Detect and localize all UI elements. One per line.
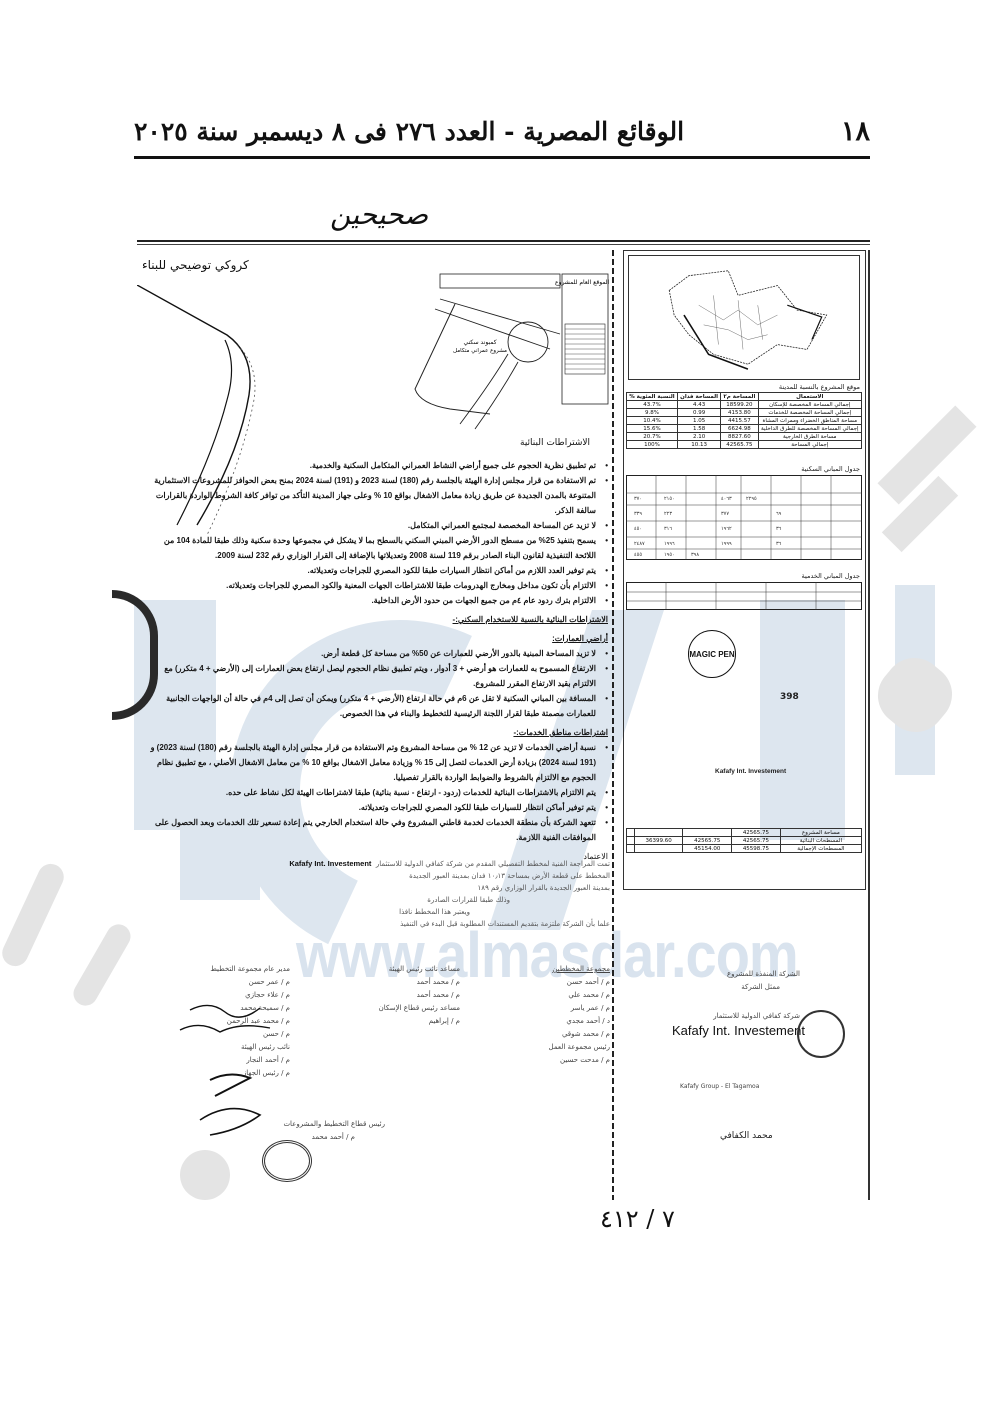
svg-text:٢٤٨٧: ٢٤٨٧ — [634, 541, 645, 547]
svg-text:١٩٩٩: ١٩٩٩ — [721, 541, 732, 547]
approval-line-2: المخطط على قطعة الأرض بمساحة ١٠٫١٣ فدان … — [150, 870, 610, 882]
svg-text:٣٩٨: ٣٩٨ — [691, 552, 699, 558]
housing-table-title: جدول المباني السكنية — [628, 465, 860, 473]
table-row: مساحة المشروع42565.75 — [627, 829, 862, 837]
signatory-name: رئيس مجموعة العمل — [490, 1041, 610, 1054]
table-row: إجمالي المساحة42565.7510.13100% — [627, 441, 862, 449]
svg-text:٤٥٠: ٤٥٠ — [634, 526, 642, 532]
table-row: المسطحات الإجمالية45598.7545154.00 — [627, 845, 862, 853]
approval-line-3: بمدينة العبور الجديدة بالقرار الوزاري رق… — [150, 882, 610, 894]
regulation-item: المسافة بين المباني السكنية لا تقل عن 6م… — [150, 691, 608, 721]
buildings-regulations-list: لا تزيد المساحة المبنية بالدور الأرضي لل… — [150, 646, 608, 721]
svg-text:٤٥٥: ٤٥٥ — [634, 552, 642, 558]
location-map-caption: موقع المشروع بالنسبة للمدينة — [628, 383, 860, 391]
regulation-item: يتم توفير العدد اللازم من أماكن انتظار ا… — [150, 563, 608, 578]
svg-text:٢٢٣: ٢٢٣ — [664, 511, 672, 517]
developer-name: Kafafy Int. Investement — [289, 859, 371, 868]
company-line-1: الشركة المنفذة للمشروع — [680, 968, 800, 981]
approval-line-5: ويعتبر هذا المخطط نافذا — [150, 906, 610, 918]
company-seal — [797, 1010, 845, 1058]
buildings-heading: أراضي العمارات: — [150, 631, 608, 646]
table-header: الاستعمال — [758, 393, 862, 401]
assistant-heading: مساعد نائب رئيس الهيئة — [330, 963, 460, 976]
sheet-top-border — [137, 240, 870, 245]
services-table-title: جدول المباني الخدمية — [628, 572, 860, 580]
gazette-title: الوقائع المصرية - العدد ٢٧٦ فى ٨ ديسمبر … — [134, 117, 684, 146]
table-row: إجمالي المساحة المخصصة للطرق الداخلية662… — [627, 425, 862, 433]
services-heading: اشتراطات مناطق الخدمات:- — [150, 725, 608, 740]
signatory-name: م / إبراهيم — [330, 1015, 460, 1028]
services-buildings-table — [626, 582, 862, 610]
header-rule — [134, 156, 870, 159]
svg-text:۳۳٩: ۳۳٩ — [634, 511, 642, 517]
signatory-name: م / محمد أحمد — [330, 989, 460, 1002]
site-map-project-name: مشروع عمراني متكامل — [453, 347, 507, 354]
magic-pen-stamp: MAGIC PEN — [688, 630, 736, 678]
signatory-name: مساعد رئيس قطاع الإسكان — [330, 1002, 460, 1015]
page-number: ١٨ — [841, 116, 870, 147]
signatory-name: د / أحمد مجدي — [490, 1015, 610, 1028]
regulation-item: لا تزيد عن المساحة المخصصة لمجتمع العمرا… — [150, 518, 608, 533]
svg-text:٢٢٩٥: ٢٢٩٥ — [746, 496, 757, 502]
left-panel-caption: كروكي توضيحي للبناء — [142, 258, 249, 272]
approval-line-1: تمت المراجعة الفنية لمخطط التفصيلي المقد… — [376, 860, 610, 868]
location-map — [628, 255, 860, 380]
regulation-item: الالتزام بأن تكون مداخل ومخارج الهدرومات… — [150, 578, 608, 593]
services-regulations-list: نسبة أراضي الخدمات لا تزيد عن 12 % من مس… — [150, 740, 608, 845]
site-map-project-label: كمبوند سكني — [463, 339, 496, 346]
svg-text:٣٦: ٣٦ — [776, 541, 782, 547]
regulation-item: تم الاستفادة من قرار مجلس إدارة الهيئة ب… — [150, 473, 608, 518]
regulation-item: نسبة أراضي الخدمات لا تزيد عن 12 % من مس… — [150, 740, 608, 785]
site-plan-map: كروكي الموقع العام للمشروع كمبوند سكني م… — [400, 264, 610, 434]
general-regulations-list: تم تطبيق نظرية الحجوم على جميع أراضي الن… — [150, 458, 608, 608]
signatures-assistant: مساعد نائب رئيس الهيئة م / محمد أحمدم / … — [330, 963, 460, 1028]
regulation-item: تتعهد الشركة بأن منطقة الخدمات لخدمة قاط… — [150, 815, 608, 845]
svg-text:١٩٩٦: ١٩٩٦ — [664, 541, 675, 547]
signatory-name: م / أحمد حسن — [490, 976, 610, 989]
svg-text:٣٦: ٣٦ — [776, 526, 782, 532]
total-units: 398 — [780, 692, 799, 702]
approval-line-6: علما بأن الشركة ملتزمة بتقديم المستندات … — [150, 918, 610, 930]
signatory-name: م / عمر حسن — [180, 976, 290, 989]
building-regulations-text: تم تطبيق نظرية الحجوم على جميع أراضي الن… — [150, 458, 608, 864]
table-row: إجمالي المساحة المخصصة للإسكان18599.204.… — [627, 401, 862, 409]
table-row: إجمالي المساحة المخصصة للخدمات4153.800.9… — [627, 409, 862, 417]
regulation-item: تم تطبيق نظرية الحجوم على جميع أراضي الن… — [150, 458, 608, 473]
signatory-name: م / مدحت حسين — [490, 1054, 610, 1067]
svg-text:۳۷٠: ۳۷٠ — [634, 496, 642, 502]
regulation-item: لا تزيد المساحة المبنية بالدور الأرضي لل… — [150, 646, 608, 661]
signatory-name: م / محمد شوقي — [490, 1028, 610, 1041]
svg-text:٤٠٦٣: ٤٠٦٣ — [721, 496, 732, 502]
signatory-name: م / محمد علي — [490, 989, 610, 1002]
table-row: المسطحات البنائية42565.7542565.7536399.6… — [627, 837, 862, 845]
company-line-3: شركة كفافي الدولية للاستثمار — [680, 1010, 800, 1023]
company-signatory: محمد الكفافي — [720, 1130, 773, 1143]
signature-sector-head: رئيس قطاع التخطيط والمشروعات م / أحمد مح… — [255, 1118, 385, 1144]
company-address: Kafafy Group - El Tagamoa — [680, 1080, 759, 1093]
table-header: المساحة فدان — [677, 393, 720, 401]
sheet-divider-right — [868, 250, 870, 1200]
developer-line: Kafafy Int. Investement — [715, 768, 786, 775]
regulation-item: يتم توفير أماكن انتظار للسيارات طبقا للك… — [150, 800, 608, 815]
company-block: الشركة المنفذة للمشروع ممثل الشركة شركة … — [680, 968, 800, 1023]
approval-text: تمت المراجعة الفنية لمخطط التفصيلي المقد… — [150, 858, 610, 930]
sheet-divider-left — [612, 250, 614, 1200]
svg-text:٦٩: ٦٩ — [776, 511, 782, 517]
table-header: النسبة المئوية % — [627, 393, 678, 401]
svg-text:٣٧٧: ٣٧٧ — [721, 511, 729, 517]
signatory-name: م / محمد أحمد — [330, 976, 460, 989]
table-header: المساحة م٢ — [721, 393, 758, 401]
housing-buildings-table: ۳۷٠۲۱٥٠٤٠٦٣٢٢٩٥ ۳۳٩٢٢٣٣٧٧٦٩ ٤٥٠٣١٦١٩٦٢٣٦… — [626, 475, 862, 560]
company-line-2: ممثل الشركة — [680, 981, 800, 994]
company-name-en: Kafafy Int. Investement — [672, 1023, 805, 1038]
site-map-title: كروكي الموقع العام للمشروع — [555, 279, 610, 286]
approval-line-4: وذلك طبقا للقرارات الصادرة — [150, 894, 610, 906]
svg-text:١٩٥٠: ١٩٥٠ — [664, 552, 675, 558]
svg-text:٣١٦: ٣١٦ — [664, 526, 672, 532]
page-header: ١٨ الوقائع المصرية - العدد ٢٧٦ فى ٨ ديسم… — [134, 108, 870, 154]
regulation-item: الارتفاع المسموح به للعمارات هو أرضي + 3… — [150, 661, 608, 691]
table-row: مساحة المناطق الخضراء وممرات المشاة4415.… — [627, 417, 862, 425]
handwritten-note: صحيحين — [330, 198, 428, 231]
director-heading: مدير عام مجموعة التخطيط — [180, 963, 290, 976]
page-reference: ٧ / ٤١٢ — [600, 1205, 675, 1233]
regulation-item: الالتزام بترك ردود عام ٤م من جميع الجهات… — [150, 593, 608, 608]
official-seal-bottom — [262, 1140, 312, 1182]
signatory-name: م / عمر ياسر — [490, 1002, 610, 1015]
residential-heading: الاشتراطات البنائية بالنسبة للاستخدام ال… — [150, 612, 608, 627]
areas-table: الاستعمالالمساحة م٢المساحة فدانالنسبة ال… — [626, 392, 862, 449]
regulation-item: يسمح بتنفيذ 25% من مسطح الدور الأرضي الم… — [150, 533, 608, 563]
sector-head-heading: رئيس قطاع التخطيط والمشروعات — [255, 1118, 385, 1131]
signatures-planners: مجموعة المخططين م / أحمد حسنم / محمد علي… — [490, 963, 610, 1067]
table-row: مساحة الطرق الخارجية8827.602.1020.7% — [627, 433, 862, 441]
site-map-caption: الاشتراطات البنائية — [520, 438, 590, 448]
svg-text:١٩٦٢: ١٩٦٢ — [721, 526, 732, 532]
svg-text:۲۱٥٠: ۲۱٥٠ — [664, 496, 675, 502]
summary-table: مساحة المشروع42565.75المسطحات البنائية42… — [626, 828, 862, 853]
planners-heading: مجموعة المخططين — [490, 963, 610, 976]
regulation-item: يتم الالتزام بالاشتراطات البنائية للخدما… — [150, 785, 608, 800]
